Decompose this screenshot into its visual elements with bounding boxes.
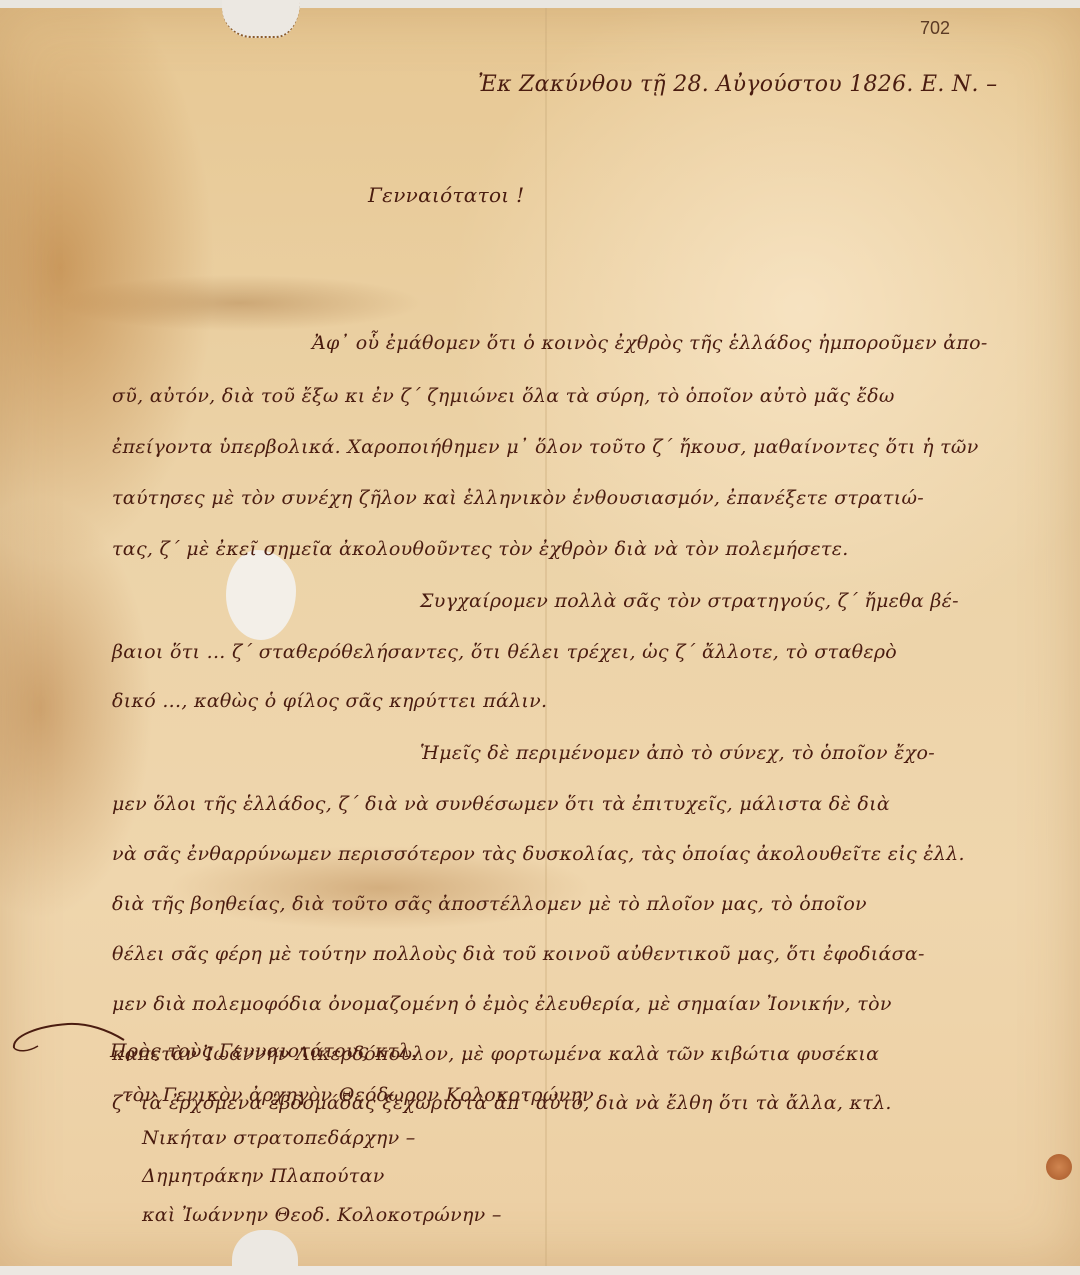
paper-fold-line xyxy=(545,8,547,1266)
address-line: Δημητράκην Πλαπούταν xyxy=(142,1165,385,1187)
address-line: τὸν Γενικὸν ἀρχηγὸν Θεόδωρον Κολοκοτρώνη… xyxy=(122,1084,594,1106)
body-line: Ἀφ᾽ οὗ ἐμάθομεν ὅτι ὁ κοινὸς ἐχθρὸς τῆς … xyxy=(312,332,988,354)
body-line: δικό ..., καθὼς ὁ φίλος σᾶς κηρύττει πάλ… xyxy=(112,690,547,712)
body-line: θέλει σᾶς φέρη μὲ τούτην πολλοὺς διὰ τοῦ… xyxy=(112,943,925,965)
background-strip xyxy=(0,1266,1080,1275)
letter-page xyxy=(0,8,1080,1266)
address-line: Πρὸς τοὺς Γενναιοτάτους κτλ. xyxy=(110,1040,417,1062)
archive-page-number: 702 xyxy=(920,18,950,39)
body-line: μεν διὰ πολεμοφόδια ὀνομαζομένη ὁ ἐμὸς ἐ… xyxy=(112,993,892,1015)
body-line: βαιοι ὅτι ... ζ΄ σταθερόθελήσαντες, ὅτι … xyxy=(112,641,897,663)
body-line: διὰ τῆς βοηθείας, διὰ τοῦτο σᾶς ἀποστέλλ… xyxy=(112,893,867,915)
salutation: Γενναιότατοι ! xyxy=(368,183,524,207)
body-line: νὰ σᾶς ἐνθαρρύνωμεν περισσότερον τὰς δυσ… xyxy=(112,843,965,865)
body-line: τας, ζ΄ μὲ ἐκεῖ σημεῖα ἀκολουθοῦντες τὸν… xyxy=(112,538,849,560)
body-line: ἐπείγοντα ὑπερβολικά. Χαροποιήθημεν μ᾽ ὅ… xyxy=(112,436,979,458)
address-line: Νικήταν στρατοπεδάρχην – xyxy=(142,1127,416,1149)
body-line: Ἡμεῖς δὲ περιμένομεν ἀπὸ τὸ σύνεχ, τὸ ὁπ… xyxy=(420,742,935,764)
body-line: μεν ὅλοι τῆς ἑλλάδος, ζ΄ διὰ νὰ συνθέσωμ… xyxy=(112,793,890,815)
body-line: ταύτησες μὲ τὸν συνέχη ζῆλον καὶ ἑλληνικ… xyxy=(112,487,924,509)
ink-stain xyxy=(1046,1154,1072,1180)
dateline: Ἐκ Ζακύνθου τῇ 28. Αὐγούστου 1826. Ε. Ν.… xyxy=(478,72,997,97)
torn-edge-top xyxy=(222,0,300,38)
body-line: σῦ, αὐτόν, διὰ τοῦ ἔξω κι ἐν ζ΄ ζημιώνει… xyxy=(112,385,895,407)
body-line: Συγχαίρομεν πολλὰ σᾶς τὸν στρατηγούς, ζ΄… xyxy=(420,590,959,612)
address-line: καὶ Ἰωάννην Θεοδ. Κολοκοτρώνην – xyxy=(142,1204,502,1226)
